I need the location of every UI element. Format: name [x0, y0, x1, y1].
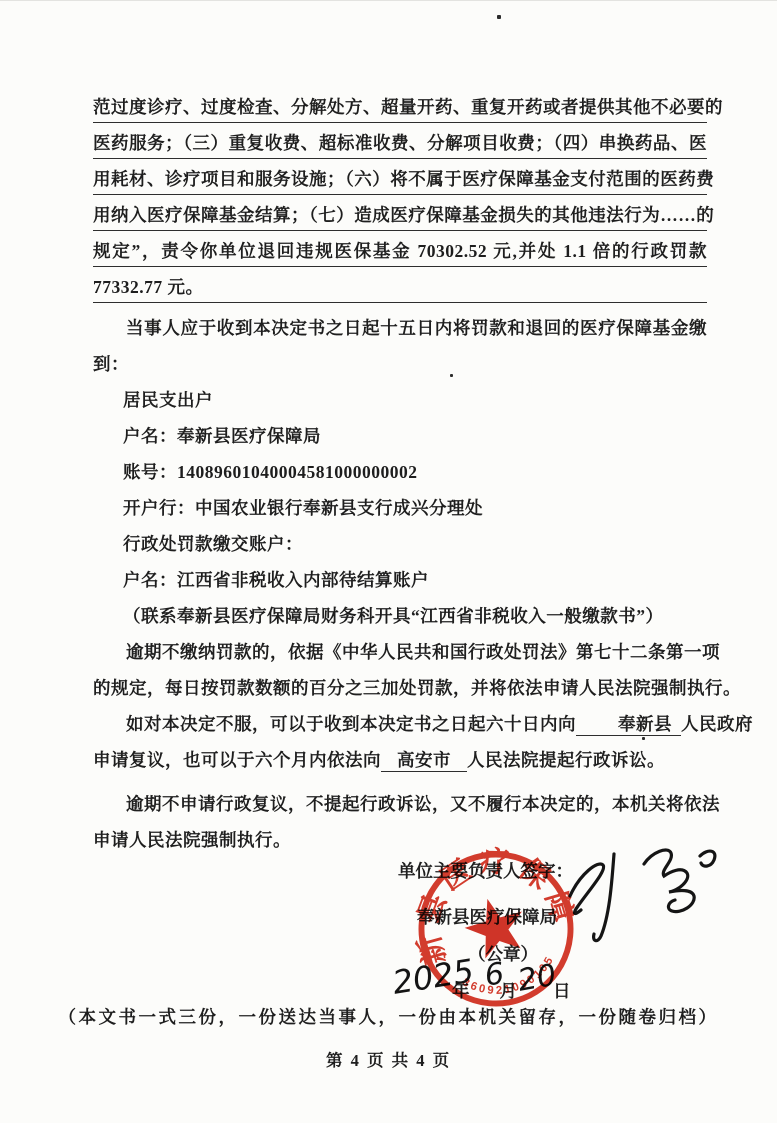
regulation-quote-line: 医药服务；（三）重复收费、超标准收费、分解项目收费；（四）串换药品、医	[93, 130, 707, 166]
court-blank: 高安市	[381, 750, 467, 772]
deadline-paragraph-line: 当事人应于收到本决定书之日起十五日内将罚款和退回的医疗保障基金缴	[93, 310, 707, 346]
government-blank: 奉新县	[576, 714, 681, 736]
account-line-contact-note: （联系奉新县医疗保障局财务科开具“江西省非税收入一般缴款书”）	[123, 598, 707, 634]
appeal-text: 人民政府	[681, 714, 753, 734]
account-line-resident-account: 居民支出户	[123, 382, 707, 418]
penalty-amount-text: 规定”，责令你单位退回违规医保基金 70302.52 元,并处 1.1 倍的行政…	[93, 238, 707, 267]
appeal-clause-line: 申请复议，也可以于六个月内依法向高安市人民法院提起行政诉讼。	[93, 742, 707, 778]
regulation-quote-text: 医药服务；（三）重复收费、超标准收费、分解项目收费；（四）串换药品、医	[93, 130, 707, 159]
account-line-fine-holder-name: 户名：江西省非税收入内部待结算账户	[123, 562, 707, 598]
regulation-quote-text: 范过度诊疗、过度检查、分解处方、超量开药、重复开药或者提供其他不必要的	[93, 94, 707, 123]
overdue-clause-line: 的规定，每日按罚款数额的百分之三加处罚款，并将依法申请人民法院强制执行。	[93, 670, 707, 706]
deadline-paragraph-line: 到：	[93, 346, 707, 382]
regulation-quote-line: 用纳入医疗保障基金结算；（七）造成医疗保障基金损失的其他违法行为……的	[93, 202, 707, 238]
penalty-amount-line: 77332.77 元。	[93, 274, 707, 310]
account-line-fine-account-title: 行政处罚款缴交账户：	[123, 526, 707, 562]
scanned-document-page: 范过度诊疗、过度检查、分解处方、超量开药、重复开药或者提供其他不必要的 医药服务…	[0, 0, 777, 1123]
account-line-holder-name: 户名：奉新县医疗保障局	[123, 418, 707, 454]
penalty-amount-text: 77332.77 元。	[93, 274, 707, 303]
appeal-text: 申请复议，也可以于六个月内依法向	[93, 750, 381, 770]
appeal-text: 如对本决定不服，可以于收到本决定书之日起六十日内向	[126, 714, 576, 734]
penalty-amount-line: 规定”，责令你单位退回违规医保基金 70302.52 元,并处 1.1 倍的行政…	[93, 238, 707, 274]
regulation-quote-line: 范过度诊疗、过度检查、分解处方、超量开药、重复开药或者提供其他不必要的	[93, 94, 707, 130]
signature-stroke	[700, 851, 715, 866]
enforcement-clause-line: 逾期不申请行政复议，不提起行政诉讼，又不履行本决定的，本机关将依法	[93, 786, 707, 822]
seal-star	[459, 891, 532, 962]
regulation-quote-line: 用耗材、诊疗项目和服务设施；（六）将不属于医疗保障基金支付范围的医药费	[93, 166, 707, 202]
account-line-account-number: 账号：14089601040004581000000002	[123, 454, 707, 490]
appeal-text: 人民法院提起行政诉讼。	[467, 750, 665, 770]
appeal-clause-line: 如对本决定不服，可以于收到本决定书之日起六十日内向奉新县人民政府	[93, 706, 707, 742]
account-line-bank-branch: 开户行：中国农业银行奉新县支行成兴分理处	[123, 490, 707, 526]
regulation-quote-text: 用纳入医疗保障基金结算；（七）造成医疗保障基金损失的其他违法行为……的	[93, 202, 707, 231]
document-body: 范过度诊疗、过度检查、分解处方、超量开药、重复开药或者提供其他不必要的 医药服务…	[93, 94, 707, 858]
page-number-indicator: 第 4 页 共 4 页	[0, 1047, 777, 1071]
overdue-clause-line: 逾期不缴纳罚款的，依据《中华人民共和国行政处罚法》第七十二条第一项	[93, 634, 707, 670]
signature-stroke	[644, 850, 694, 912]
regulation-quote-text: 用耗材、诊疗项目和服务设施；（六）将不属于医疗保障基金支付范围的医药费	[93, 166, 707, 195]
copies-distribution-note: （本文书一式三份，一份送达当事人，一份由本机关留存，一份随卷归档）	[0, 1004, 777, 1029]
scan-artifact-dot	[497, 15, 501, 19]
